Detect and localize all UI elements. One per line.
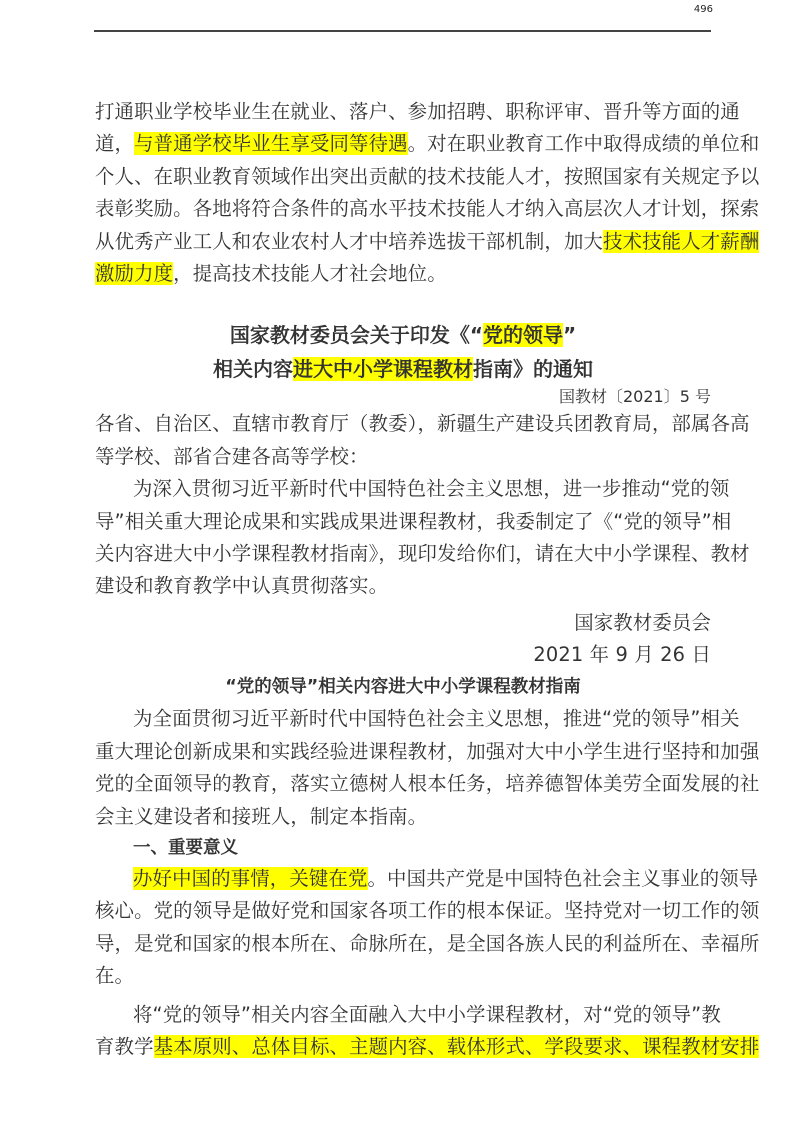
section-heading: 一、重要意义 xyxy=(95,833,711,863)
text-line: 关内容进大中小学课程教材指南》，现印发给你们，请在大中小学课程、教材 xyxy=(95,538,711,570)
text-line: 育教学基本原则、总体目标、主题内容、载体形式、学段要求、课程教材安排 xyxy=(95,1031,711,1063)
text-line: 导，是党和国家的根本所在、命脉所在，是全国各族人民的利益所在、幸福所 xyxy=(95,928,711,960)
text-line: 建设和教育教学中认真贯彻落实。 xyxy=(95,570,711,602)
page-number: 496 xyxy=(694,4,713,15)
text-line: 个人、在职业教育领域作出突出贡献的技术技能人才，按照国家有关规定予以 xyxy=(95,161,711,193)
highlighted-text: 技术技能人才薪酬 xyxy=(603,230,759,253)
text-segment: 在。 xyxy=(95,964,134,987)
signature: 国家教材委员会 xyxy=(95,607,711,639)
text-segment: 相关内容 xyxy=(213,357,293,381)
guide-intro: 为全面贯彻习近平新时代中国特色社会主义思想，推进“党的领导”相关 重大理论创新成… xyxy=(95,703,711,833)
text-segment: 个人、在职业教育领域作出突出贡献的技术技能人才，按照国家有关规定予以 xyxy=(95,165,759,188)
text-line: 在。 xyxy=(95,960,711,992)
text-line: 导”相关重大理论成果和实践成果进课程教材，我委制定了《“党的领导”相 xyxy=(95,506,711,538)
section1-paragraph2: 将“党的领导”相关内容全面融入大中小学课程教材，对“党的领导”教 育教学基本原则… xyxy=(95,999,711,1064)
continuation-paragraph: 打通职业学校毕业生在就业、落户、参加招聘、职称评审、晋升等方面的通 道，与普通学… xyxy=(95,96,711,290)
document-number: 国教材〔2021〕5 号 xyxy=(95,386,711,408)
text-segment: 导，是党和国家的根本所在、命脉所在，是全国各族人民的利益所在、幸福所 xyxy=(95,932,759,955)
addressee: 各省、自治区、直辖市教育厅（教委），新疆生产建设兵团教育局，部属各高 等学校、部… xyxy=(95,408,711,473)
text-segment: 将“党的领导”相关内容全面融入大中小学课程教材，对“党的领导”教 xyxy=(133,1003,721,1026)
text-segment: 核心。党的领导是做好党和国家各项工作的根本保证。坚持党对一切工作的领 xyxy=(95,899,759,922)
text-line: 党的全面领导的教育，落实立德树人根本任务，培养德智体美劳全面发展的社 xyxy=(95,768,711,800)
highlighted-text: 党的领导 xyxy=(483,323,563,347)
text-line: 将“党的领导”相关内容全面融入大中小学课程教材，对“党的领导”教 xyxy=(95,999,711,1031)
text-line: 为深入贯彻习近平新时代中国特色社会主义思想，进一步推动“党的领 xyxy=(95,473,711,505)
document-body: 打通职业学校毕业生在就业、落户、参加招聘、职称评审、晋升等方面的通 道，与普通学… xyxy=(95,96,711,1063)
text-segment: 指南》的通知 xyxy=(473,357,593,381)
highlighted-text: 激励力度 xyxy=(95,262,173,285)
guide-title: “党的领导”相关内容进大中小学课程教材指南 xyxy=(95,671,711,703)
text-segment: 国家教材委员会关于印发《“ xyxy=(230,323,483,347)
text-line: 办好中国的事情，关键在党。中国共产党是中国特色社会主义事业的领导 xyxy=(95,863,711,895)
text-line: 道，与普通学校毕业生享受同等待遇。对在职业教育工作中取得成绩的单位和 xyxy=(95,128,711,160)
text-segment: ，提高技术技能人才社会地位。 xyxy=(173,262,447,285)
highlighted-text: 办好中国的事情，关键在党 xyxy=(133,867,368,890)
highlighted-text: 基本原则、总体目标、主题内容、载体形式、学段要求、课程教材安排 xyxy=(154,1035,760,1058)
text-line: 打通职业学校毕业生在就业、落户、参加招聘、职称评审、晋升等方面的通 xyxy=(95,96,711,128)
text-segment: 从优秀产业工人和农业农村人才中培养选拔干部机制，加大 xyxy=(95,230,603,253)
text-line: 表彰奖励。各地将符合条件的高水平技术技能人才纳入高层次人才计划，探索 xyxy=(95,193,711,225)
text-line: 等学校、部省合建各高等学校： xyxy=(95,441,711,473)
text-segment: 打通职业学校毕业生在就业、落户、参加招聘、职称评审、晋升等方面的通 xyxy=(95,100,740,123)
text-line: 核心。党的领导是做好党和国家各项工作的根本保证。坚持党对一切工作的领 xyxy=(95,895,711,927)
highlighted-text: 进大中小学课程教材 xyxy=(293,357,473,381)
notice-body: 为深入贯彻习近平新时代中国特色社会主义思想，进一步推动“党的领 导”相关重大理论… xyxy=(95,473,711,603)
text-line: 重大理论创新成果和实践经验进课程教材，加强对大中小学生进行坚持和加强 xyxy=(95,736,711,768)
text-segment: 道， xyxy=(95,132,134,155)
text-segment: 育教学 xyxy=(95,1035,154,1058)
text-segment: 。中国共产党是中国特色社会主义事业的领导 xyxy=(368,867,759,890)
highlighted-text: 与普通学校毕业生享受同等待遇 xyxy=(134,132,408,155)
notice-title: 国家教材委员会关于印发《“党的领导” 相关内容进大中小学课程教材指南》的通知 xyxy=(95,318,711,386)
section1-paragraph1: 办好中国的事情，关键在党。中国共产党是中国特色社会主义事业的领导 核心。党的领导… xyxy=(95,863,711,993)
text-line: 为全面贯彻习近平新时代中国特色社会主义思想，推进“党的领导”相关 xyxy=(95,703,711,735)
notice-title-line: 相关内容进大中小学课程教材指南》的通知 xyxy=(95,352,711,386)
text-line: 各省、自治区、直辖市教育厅（教委），新疆生产建设兵团教育局，部属各高 xyxy=(95,408,711,440)
header-rule xyxy=(94,30,711,32)
text-segment: 表彰奖励。各地将符合条件的高水平技术技能人才纳入高层次人才计划，探索 xyxy=(95,197,759,220)
date: 2021 年 9 月 26 日 xyxy=(95,639,711,671)
text-segment: 。对在职业教育工作中取得成绩的单位和 xyxy=(408,132,760,155)
text-line: 从优秀产业工人和农业农村人才中培养选拔干部机制，加大技术技能人才薪酬 xyxy=(95,226,711,258)
text-segment: ” xyxy=(563,323,576,347)
text-line: 激励力度，提高技术技能人才社会地位。 xyxy=(95,258,711,290)
text-line: 会主义建设者和接班人，制定本指南。 xyxy=(95,801,711,833)
notice-title-line: 国家教材委员会关于印发《“党的领导” xyxy=(95,318,711,352)
